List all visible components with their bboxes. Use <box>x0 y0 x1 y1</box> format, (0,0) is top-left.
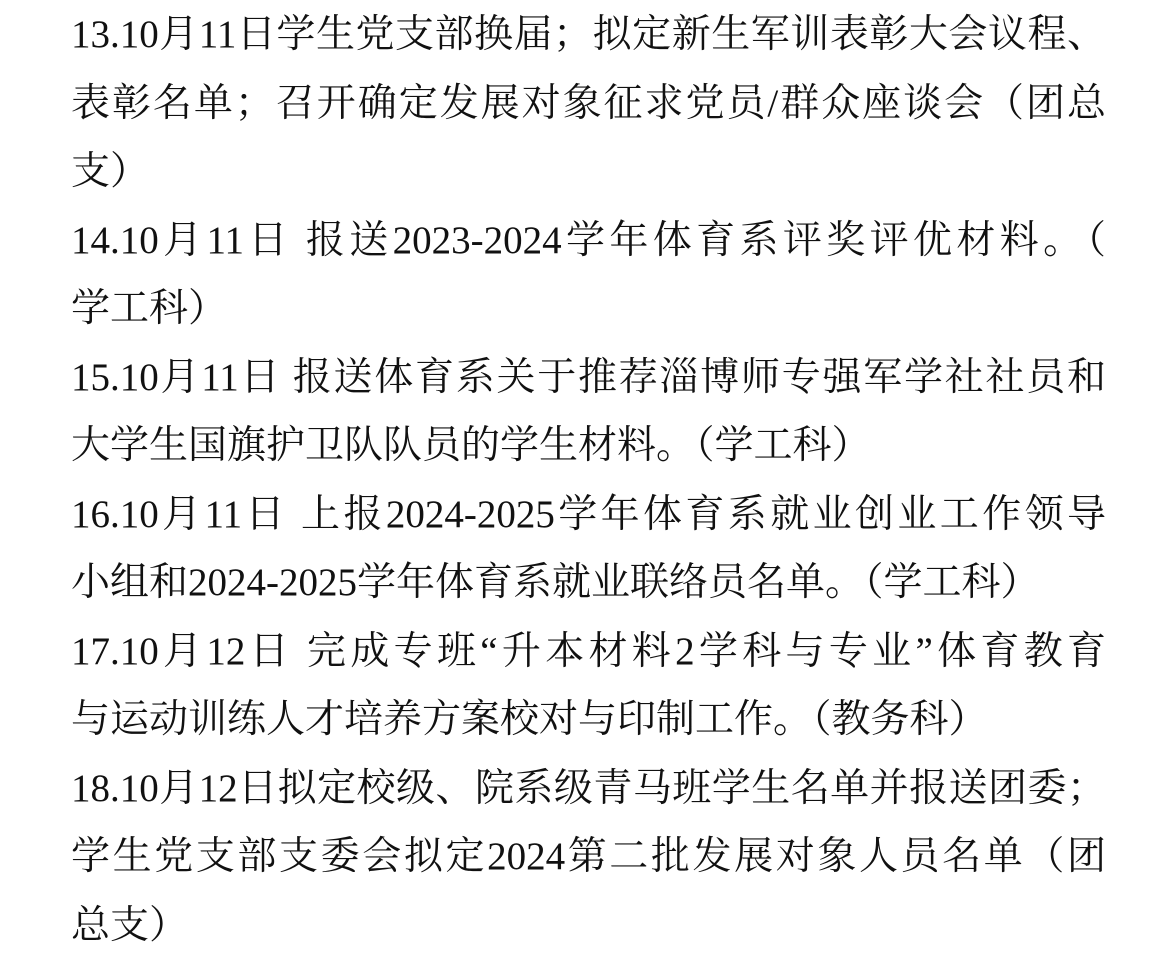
text-line: 与运动训练人才培养方案校对与印制工作。（教务科） <box>71 686 1106 755</box>
document-page: { "page": { "background": "#ffffff", "te… <box>0 0 1170 963</box>
text-line: 学生党支部支委会拟定2024第二批发展对象人员名单（团 <box>71 823 1106 892</box>
text-line: 学工科） <box>71 275 1106 344</box>
task-item-15: 15.10月11日 报送体育系关于推荐淄博师专强军学社社员和 大学生国旗护卫队队… <box>71 344 1106 481</box>
text-line: 小组和2024-2025学年体育系就业联络员名单。（学工科） <box>71 549 1106 618</box>
text-line: 支） <box>71 138 1106 207</box>
task-item-13: 13.10月11日学生党支部换届；拟定新生军训表彰大会议程、 表彰名单；召开确定… <box>71 1 1106 207</box>
page: 13.10月11日学生党支部换届；拟定新生军训表彰大会议程、 表彰名单；召开确定… <box>0 0 1170 963</box>
text-line: 总支） <box>71 892 1106 961</box>
task-item-18: 18.10月12日拟定校级、院系级青马班学生名单并报送团委； 学生党支部支委会拟… <box>71 755 1106 961</box>
text-line: 18.10月12日拟定校级、院系级青马班学生名单并报送团委； <box>71 755 1106 824</box>
text-line: 大学生国旗护卫队队员的学生材料。（学工科） <box>71 412 1106 481</box>
text-line: 17.10月12日 完成专班“升本材料2学科与专业”体育教育 <box>71 618 1106 687</box>
text-line: 15.10月11日 报送体育系关于推荐淄博师专强军学社社员和 <box>71 344 1106 413</box>
text-line: 13.10月11日学生党支部换届；拟定新生军训表彰大会议程、 <box>71 1 1106 70</box>
task-item-17: 17.10月12日 完成专班“升本材料2学科与专业”体育教育 与运动训练人才培养… <box>71 618 1106 755</box>
text-line: 表彰名单；召开确定发展对象征求党员/群众座谈会（团总 <box>71 70 1106 139</box>
text-line: 14.10月11日 报送2023-2024学年体育系评奖评优材料。（ <box>71 207 1106 276</box>
task-item-14: 14.10月11日 报送2023-2024学年体育系评奖评优材料。（ 学工科） <box>71 207 1106 344</box>
task-item-16: 16.10月11日 上报2024-2025学年体育系就业创业工作领导 小组和20… <box>71 481 1106 618</box>
text-line: 16.10月11日 上报2024-2025学年体育系就业创业工作领导 <box>71 481 1106 550</box>
